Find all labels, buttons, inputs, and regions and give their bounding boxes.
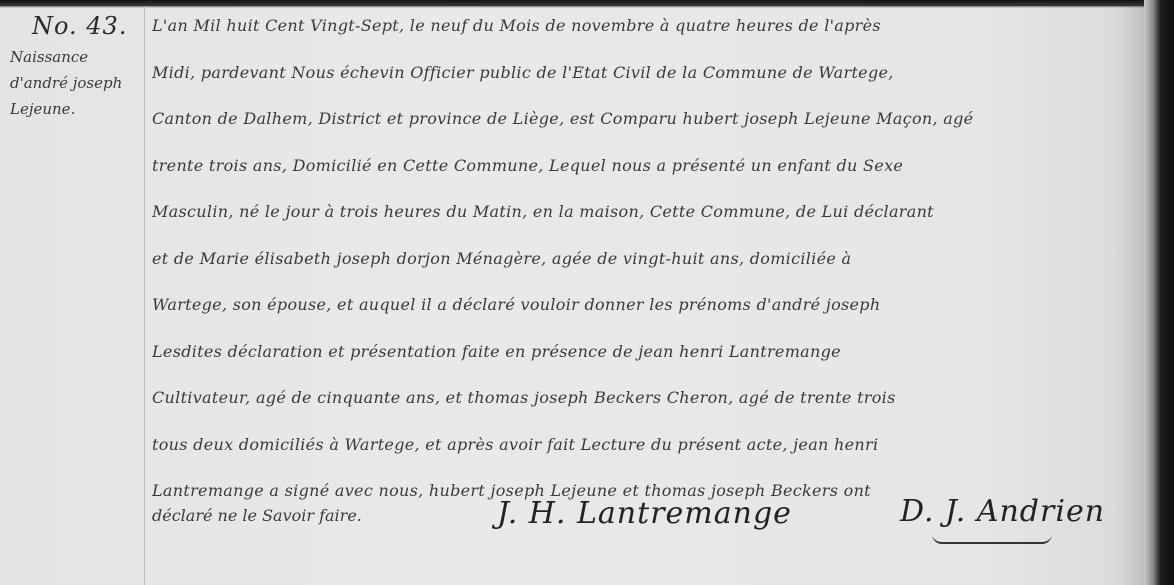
text-line: Lesdites déclaration et présentation fai… — [152, 338, 1132, 385]
signature-witness: J. H. Lantremange — [497, 496, 792, 531]
signature-flourish — [932, 534, 1052, 544]
page-binding-edge — [1144, 0, 1174, 585]
text-line: Canton de Dalhem, District et province d… — [152, 105, 1132, 152]
page-top-edge — [0, 0, 1174, 8]
text-line: Cultivateur, agé de cinquante ans, et th… — [152, 384, 1132, 431]
text-line: trente trois ans, Domicilié en Cette Com… — [152, 152, 1132, 199]
signature-row: déclaré ne le Savoir faire. J. H. Lantre… — [152, 496, 1132, 546]
closing-line: déclaré ne le Savoir faire. — [152, 506, 362, 525]
text-line: Masculin, né le jour à trois heures du M… — [152, 198, 1132, 245]
margin-line: Naissance — [10, 44, 140, 70]
margin-line: Lejeune. — [10, 96, 140, 122]
record-body: L'an Mil huit Cent Vingt-Sept, le neuf d… — [152, 12, 1132, 524]
text-line: tous deux domiciliés à Wartege, et après… — [152, 431, 1132, 478]
text-line: et de Marie élisabeth joseph dorjon Ména… — [152, 245, 1132, 292]
margin-line: d'andré joseph — [10, 70, 140, 96]
text-line: L'an Mil huit Cent Vingt-Sept, le neuf d… — [152, 12, 1132, 59]
signature-officer: D. J. Andrien — [900, 494, 1105, 529]
text-line: Wartege, son épouse, et auquel il a décl… — [152, 291, 1132, 338]
margin-rule — [144, 6, 145, 585]
text-line: Midi, pardevant Nous échevin Officier pu… — [152, 59, 1132, 106]
entry-number: No. 43. — [32, 12, 140, 40]
margin-annotation: No. 43. Naissance d'andré joseph Lejeune… — [10, 6, 140, 122]
scanned-document: No. 43. Naissance d'andré joseph Lejeune… — [0, 0, 1174, 585]
